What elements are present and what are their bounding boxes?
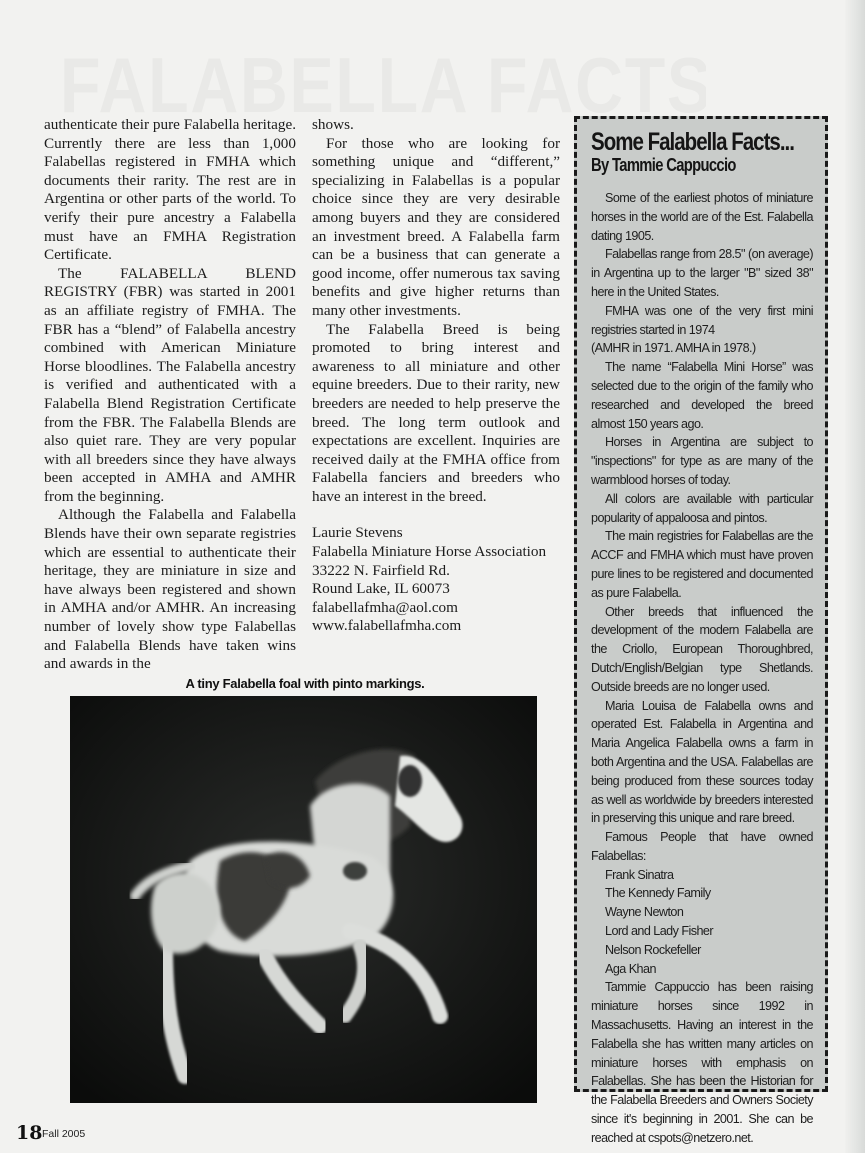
sidebar-paragraph: Other breeds that influenced the develop… (591, 603, 813, 697)
famous-person: Nelson Rockefeller (591, 941, 813, 960)
ghost-heading: FALABELLA FACTS (60, 40, 706, 120)
facts-sidebar: Some Falabella Facts... By Tammie Cappuc… (574, 116, 828, 1092)
sidebar-paragraph: All colors are available with particular… (591, 490, 813, 528)
foal-illustration-icon (70, 696, 537, 1103)
article-column-1: authenticate their pure Falabella herita… (44, 116, 296, 674)
famous-person: Wayne Newton (591, 903, 813, 922)
article-column-2: shows. For those who are looking for som… (312, 116, 560, 636)
article-paragraph: The FALABELLA BLEND REGISTRY (FBR) was s… (44, 265, 296, 507)
author-bio: Tammie Cappuccio has been raising miniat… (591, 978, 813, 1147)
sidebar-paragraph: Maria Louisa de Falabella owns and opera… (591, 697, 813, 829)
sidebar-paragraph: (AMHR in 1971. AMHA in 1978.) (591, 339, 813, 358)
famous-person: Aga Khan (591, 960, 813, 979)
contact-email-link[interactable]: falabellafmha@aol.com (312, 599, 560, 618)
article-paragraph: authenticate their pure Falabella herita… (44, 116, 296, 265)
famous-person: Lord and Lady Fisher (591, 922, 813, 941)
photo-caption: A tiny Falabella foal with pinto marking… (70, 676, 540, 691)
contact-street: 33222 N. Fairfield Rd. (312, 562, 560, 581)
famous-person: The Kennedy Family (591, 884, 813, 903)
foal-photo (70, 696, 537, 1103)
sidebar-paragraph: Horses in Argentina are subject to "insp… (591, 433, 813, 489)
page-number: 18 (16, 1122, 42, 1144)
contact-organization: Falabella Miniature Horse Association (312, 543, 560, 562)
sidebar-byline: By Tammie Cappuccio (591, 155, 773, 175)
article-paragraph: Although the Falabella and Falabella Ble… (44, 506, 296, 673)
famous-person: Frank Sinatra (591, 866, 813, 885)
contact-name: Laurie Stevens (312, 524, 560, 543)
sidebar-paragraph: FMHA was one of the very first mini regi… (591, 302, 813, 340)
sidebar-title: Some Falabella Facts... (591, 129, 773, 155)
sidebar-body: Some of the earliest photos of miniature… (591, 189, 813, 1148)
article-paragraph: The Falabella Breed is being promoted to… (312, 321, 560, 507)
issue-label: Fall 2005 (42, 1128, 85, 1140)
page-binding-edge (845, 0, 865, 1153)
famous-people-heading: Famous People that have owned Falabellas… (591, 828, 813, 866)
article-paragraph: shows. (312, 116, 560, 135)
sidebar-paragraph: Falabellas range from 28.5" (on average)… (591, 245, 813, 301)
contact-block: Laurie Stevens Falabella Miniature Horse… (312, 524, 560, 636)
sidebar-paragraph: Some of the earliest photos of miniature… (591, 189, 813, 245)
sidebar-paragraph: The name “Falabella Mini Horse” was sele… (591, 358, 813, 433)
contact-website-link[interactable]: www.falabellafmha.com (312, 617, 560, 636)
sidebar-paragraph: The main registries for Falabellas are t… (591, 527, 813, 602)
contact-city: Round Lake, IL 60073 (312, 580, 560, 599)
article-paragraph: For those who are looking for something … (312, 135, 560, 321)
